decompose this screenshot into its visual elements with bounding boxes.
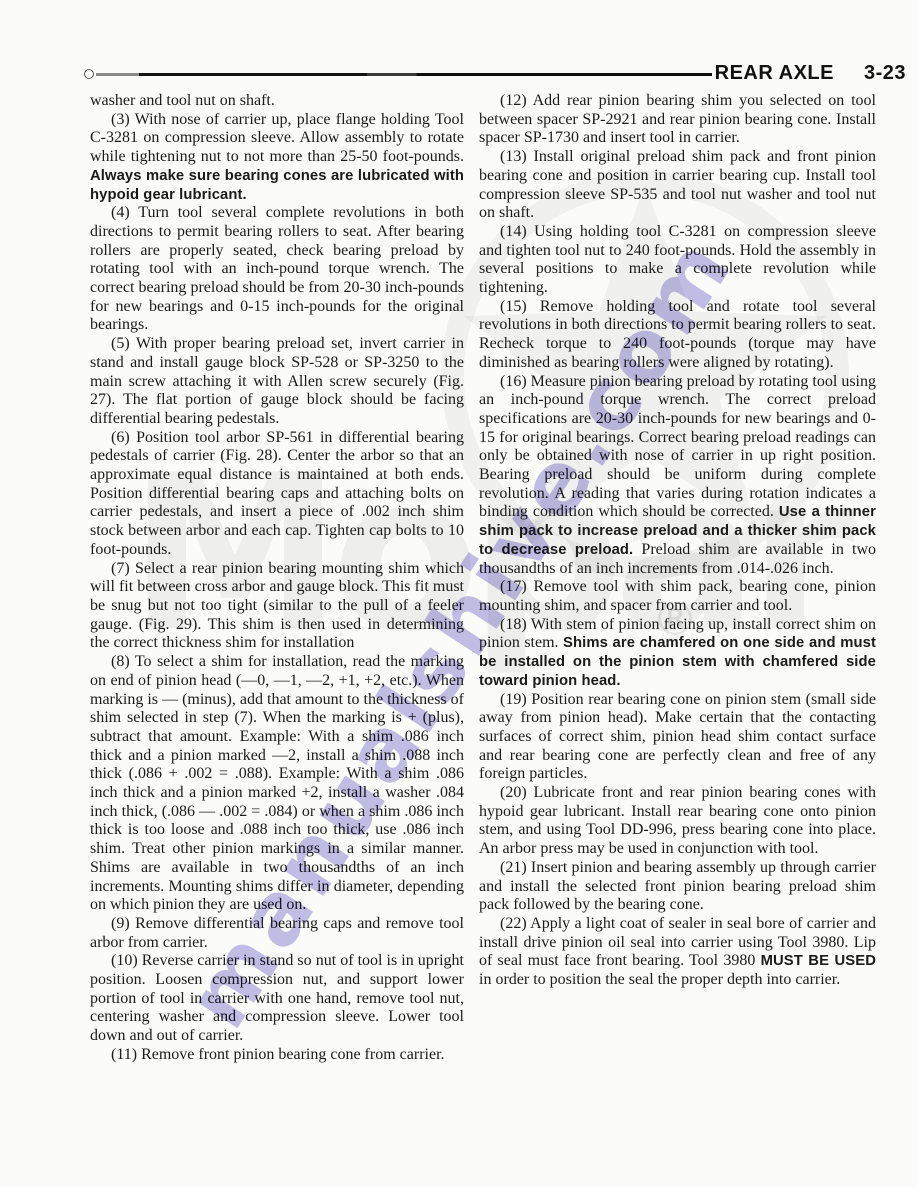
paragraph: (9) Remove differential bearing caps and… <box>90 915 464 952</box>
section-title: REAR AXLE <box>715 62 834 85</box>
paragraph: (6) Position tool arbor SP-561 in differ… <box>90 429 464 560</box>
paragraph: (17) Remove tool with shim pack, bearing… <box>479 578 876 615</box>
paragraph: (21) Insert pinion and bearing assembly … <box>479 859 876 915</box>
bold-emphasis-text: MUST BE USED <box>761 953 876 969</box>
body-text: (16) Measure pinion bearing preload by r… <box>479 373 876 521</box>
body-text: (3) With nose of carrier up, place flang… <box>90 111 464 165</box>
right-column: (12) Add rear pinion bearing shim you se… <box>479 92 876 990</box>
manual-page: Mopar ® REAR AXLE 3-23 washer and tool n… <box>0 0 918 1187</box>
page-number: 3-23 <box>864 62 906 85</box>
body-text: (17) Remove tool with shim pack, bearing… <box>479 578 876 614</box>
body-text: (13) Install original preload shim pack … <box>479 148 876 221</box>
paragraph: (8) To select a shim for installation, r… <box>90 653 464 915</box>
body-text: (9) Remove differential bearing caps and… <box>90 915 464 951</box>
page-header: REAR AXLE 3-23 <box>715 62 906 85</box>
paragraph: (18) With stem of pinion facing up, inst… <box>479 616 876 691</box>
body-text: (5) With proper bearing preload set, inv… <box>90 335 464 427</box>
paragraph: (4) Turn tool several complete revolutio… <box>90 204 464 335</box>
paragraph: (7) Select a rear pinion bearing mountin… <box>90 560 464 654</box>
body-text: (10) Reverse carrier in stand so nut of … <box>90 952 464 1044</box>
paragraph: (12) Add rear pinion bearing shim you se… <box>479 92 876 148</box>
paragraph: (19) Position rear bearing cone on pinio… <box>479 691 876 785</box>
paragraph: (10) Reverse carrier in stand so nut of … <box>90 952 464 1046</box>
body-text: (6) Position tool arbor SP-561 in differ… <box>90 429 464 558</box>
body-text: (14) Using holding tool C-3281 on compre… <box>479 223 876 296</box>
paragraph: (11) Remove front pinion bearing cone fr… <box>90 1046 464 1065</box>
paragraph: (5) With proper bearing preload set, inv… <box>90 335 464 429</box>
body-text: (20) Lubricate front and rear pinion bea… <box>479 784 876 857</box>
paragraph: (20) Lubricate front and rear pinion bea… <box>479 784 876 859</box>
body-text: (4) Turn tool several complete revolutio… <box>90 204 464 333</box>
header-rule <box>96 73 712 76</box>
left-column: washer and tool nut on shaft.(3) With no… <box>90 92 464 1065</box>
paragraph: washer and tool nut on shaft. <box>90 92 464 111</box>
paragraph: (15) Remove holding tool and rotate tool… <box>479 298 876 373</box>
paragraph: (13) Install original preload shim pack … <box>479 148 876 223</box>
paragraph: (16) Measure pinion bearing preload by r… <box>479 373 876 579</box>
bold-emphasis-text: Always make sure bearing cones are lubri… <box>90 168 464 203</box>
paragraph: (3) With nose of carrier up, place flang… <box>90 111 464 205</box>
paragraph: (14) Using holding tool C-3281 on compre… <box>479 223 876 298</box>
body-text: (11) Remove front pinion bearing cone fr… <box>111 1046 445 1063</box>
body-text: (19) Position rear bearing cone on pinio… <box>479 691 876 783</box>
body-text: (7) Select a rear pinion bearing mountin… <box>90 560 464 652</box>
paragraph: (22) Apply a light coat of sealer in sea… <box>479 915 876 990</box>
body-text: (21) Insert pinion and bearing assembly … <box>479 859 876 913</box>
body-text: (12) Add rear pinion bearing shim you se… <box>479 92 876 146</box>
body-text: (8) To select a shim for installation, r… <box>90 653 464 913</box>
body-text: in order to position the seal the proper… <box>479 971 840 988</box>
body-text: (15) Remove holding tool and rotate tool… <box>479 298 876 371</box>
body-text: washer and tool nut on shaft. <box>90 92 275 109</box>
header-rule-circle-icon <box>84 69 94 79</box>
